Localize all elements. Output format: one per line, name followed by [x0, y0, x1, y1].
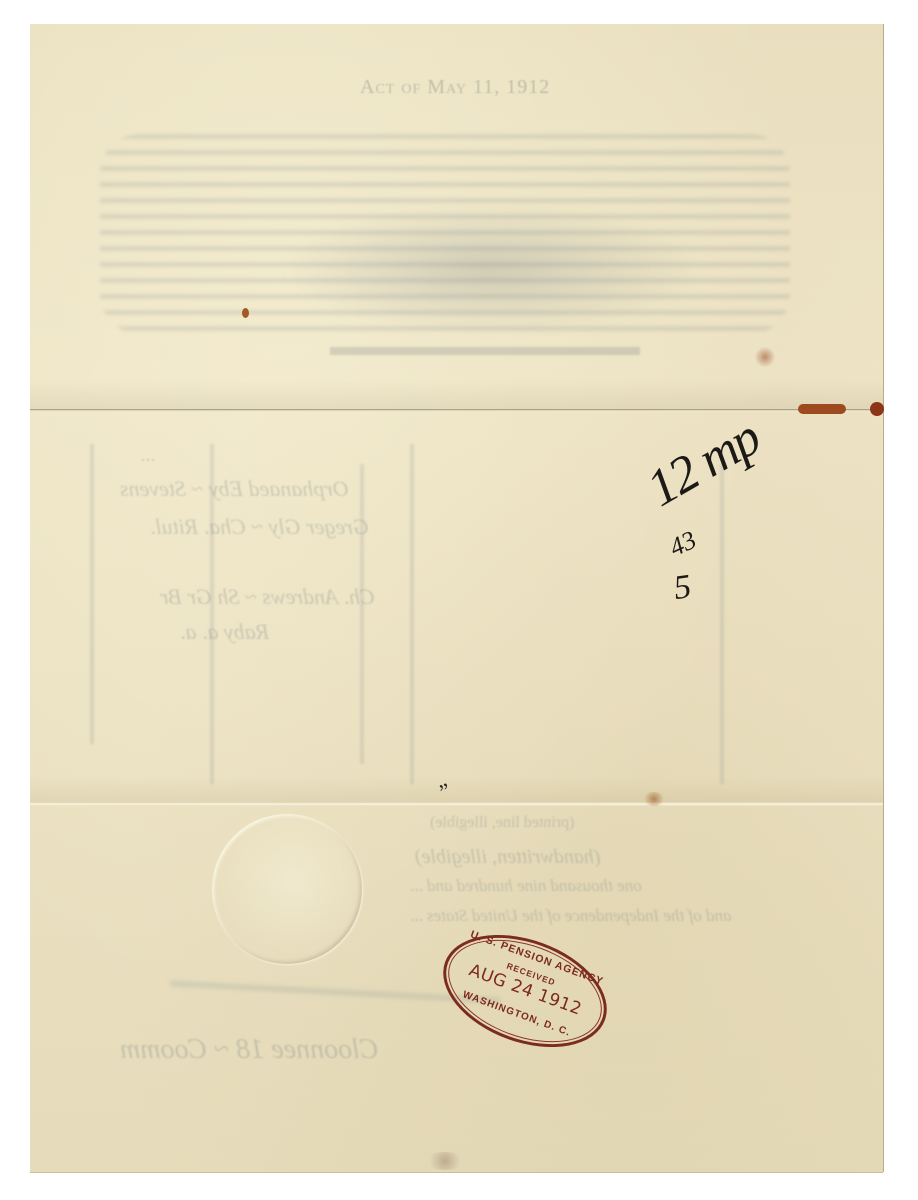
rust-stain: [755, 346, 775, 368]
show-through-handwriting: Orphanaed Eby ~ Stevens: [120, 476, 349, 502]
smudge: [425, 1152, 465, 1170]
show-through-column-line: [410, 444, 414, 784]
show-through-column-line: [720, 464, 724, 784]
show-through-handwriting: Greger Gly ~ Cha. Ritul.: [150, 514, 369, 540]
rust-stain: [798, 404, 846, 414]
pencil-annotation: 12 mp: [637, 408, 769, 518]
show-through-rule: [330, 347, 640, 355]
pencil-fraction-numerator: 43: [665, 525, 701, 563]
fold-line-upper: [30, 409, 883, 412]
show-through-handwriting: (handwritten, illegible): [415, 846, 601, 869]
pencil-fraction-denominator: 5: [671, 568, 693, 608]
embossed-seal: [212, 814, 362, 964]
rust-stain: [642, 792, 666, 806]
rust-stain: [870, 402, 884, 416]
show-through-column-line: [90, 444, 94, 744]
fold-line-lower: [30, 802, 883, 806]
show-through-column-line: [360, 464, 364, 764]
show-through-header: Act of May 11, 1912: [360, 76, 550, 99]
show-through-signature: Cloonnee 18 ~ Coomm: [120, 1034, 379, 1066]
show-through-printed-line: (printed line, illegible): [430, 814, 574, 832]
show-through-handwriting: one thousand nine hundred and ...: [410, 876, 642, 896]
fold-shadow-upper: [30, 380, 883, 410]
show-through-handwriting: Raby a. a.: [180, 619, 269, 645]
show-through-vignette: [280, 204, 700, 334]
rust-stain: [242, 308, 249, 318]
show-through-handwriting: Ch. Andrews ~ Sh Gr Br: [160, 584, 375, 610]
show-through-handwriting: ...: [140, 444, 155, 467]
